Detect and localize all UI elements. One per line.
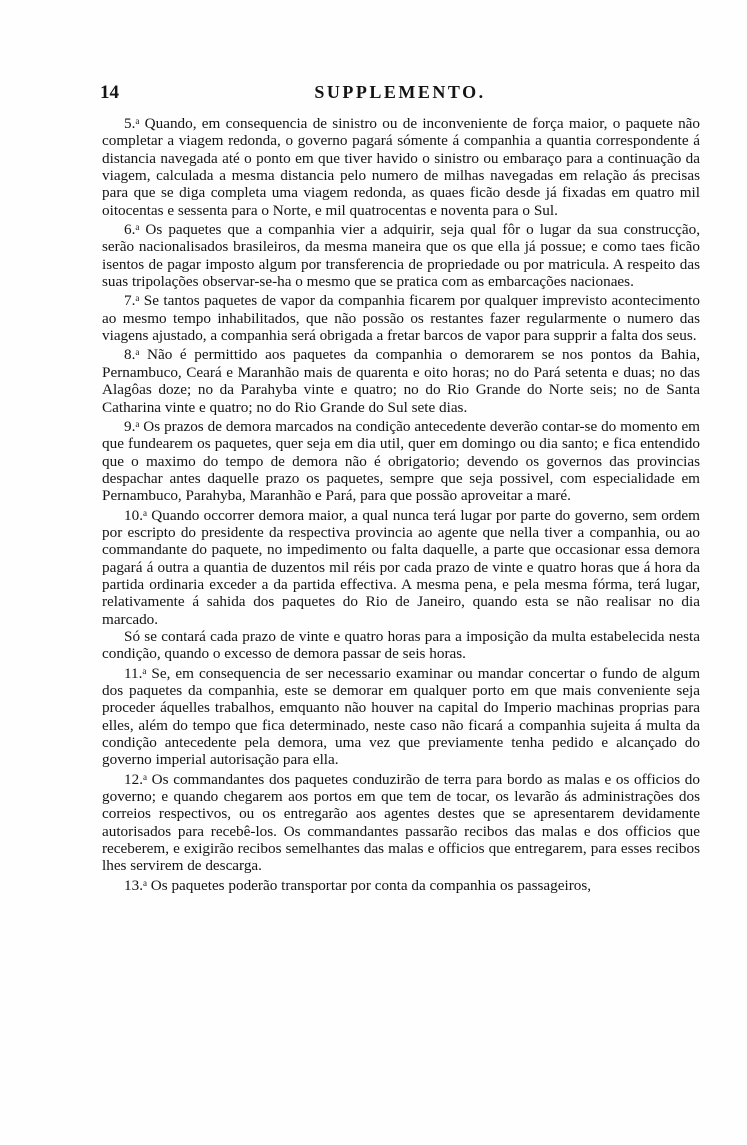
clause-number: 5.a — [124, 115, 139, 132]
paragraph-text: Os prazos de demora marcados na condição… — [102, 418, 700, 504]
paragraph-6: 6.a Os paquetes que a companhia vier a a… — [102, 219, 700, 290]
paragraph-text: Os commandantes dos paquetes conduzirão … — [102, 771, 700, 875]
clause-number: 12.a — [124, 771, 147, 788]
paragraph-text: Só se contará cada prazo de vinte e quat… — [102, 628, 700, 662]
paragraph-13: 13.a Os paquetes poderão transportar por… — [102, 875, 700, 894]
clause-number: 9.a — [124, 418, 139, 435]
clause-number: 11.a — [124, 665, 146, 682]
paragraph-7: 7.a Se tantos paquetes de vapor da compa… — [102, 290, 700, 344]
paragraph-text: Não é permittido aos paquetes da companh… — [102, 346, 700, 415]
clause-number: 13.a — [124, 877, 147, 894]
running-head: SUPPLEMENTO. — [100, 82, 700, 103]
page-header: 14 SUPPLEMENTO. — [100, 82, 700, 104]
clause-number: 6.a — [124, 221, 139, 238]
paragraph-12: 12.a Os commandantes dos paquetes conduz… — [102, 769, 700, 875]
body-text: 5.a Quando, em consequencia de sinistro … — [102, 113, 700, 894]
paragraph-5: 5.a Quando, em consequencia de sinistro … — [102, 113, 700, 219]
paragraph-text: Quando, em consequencia de sinistro ou d… — [102, 115, 700, 219]
paragraph-text: Os paquetes que a companhia vier a adqui… — [102, 221, 700, 290]
clause-number: 7.a — [124, 292, 139, 309]
clause-number: 8.a — [124, 346, 139, 363]
paragraph-11: 11.a Se, em consequencia de ser necessar… — [102, 663, 700, 769]
paragraph-text: Os paquetes poderão transportar por cont… — [151, 877, 591, 894]
paragraph-10: 10.a Quando occorrer demora maior, a qua… — [102, 505, 700, 628]
paragraph-9: 9.a Os prazos de demora marcados na cond… — [102, 416, 700, 505]
paragraph-text: Se, em consequencia de ser necessario ex… — [102, 665, 700, 769]
paragraph-text: Quando occorrer demora maior, a qual nun… — [102, 507, 700, 628]
paragraph-8: 8.a Não é permittido aos paquetes da com… — [102, 344, 700, 415]
paragraph-10-continuation: Só se contará cada prazo de vinte e quat… — [102, 628, 700, 663]
paragraph-text: Se tantos paquetes de vapor da companhia… — [102, 292, 700, 344]
clause-number: 10.a — [124, 507, 147, 524]
document-page: 14 SUPPLEMENTO. 5.a Quando, em consequen… — [0, 0, 747, 1145]
